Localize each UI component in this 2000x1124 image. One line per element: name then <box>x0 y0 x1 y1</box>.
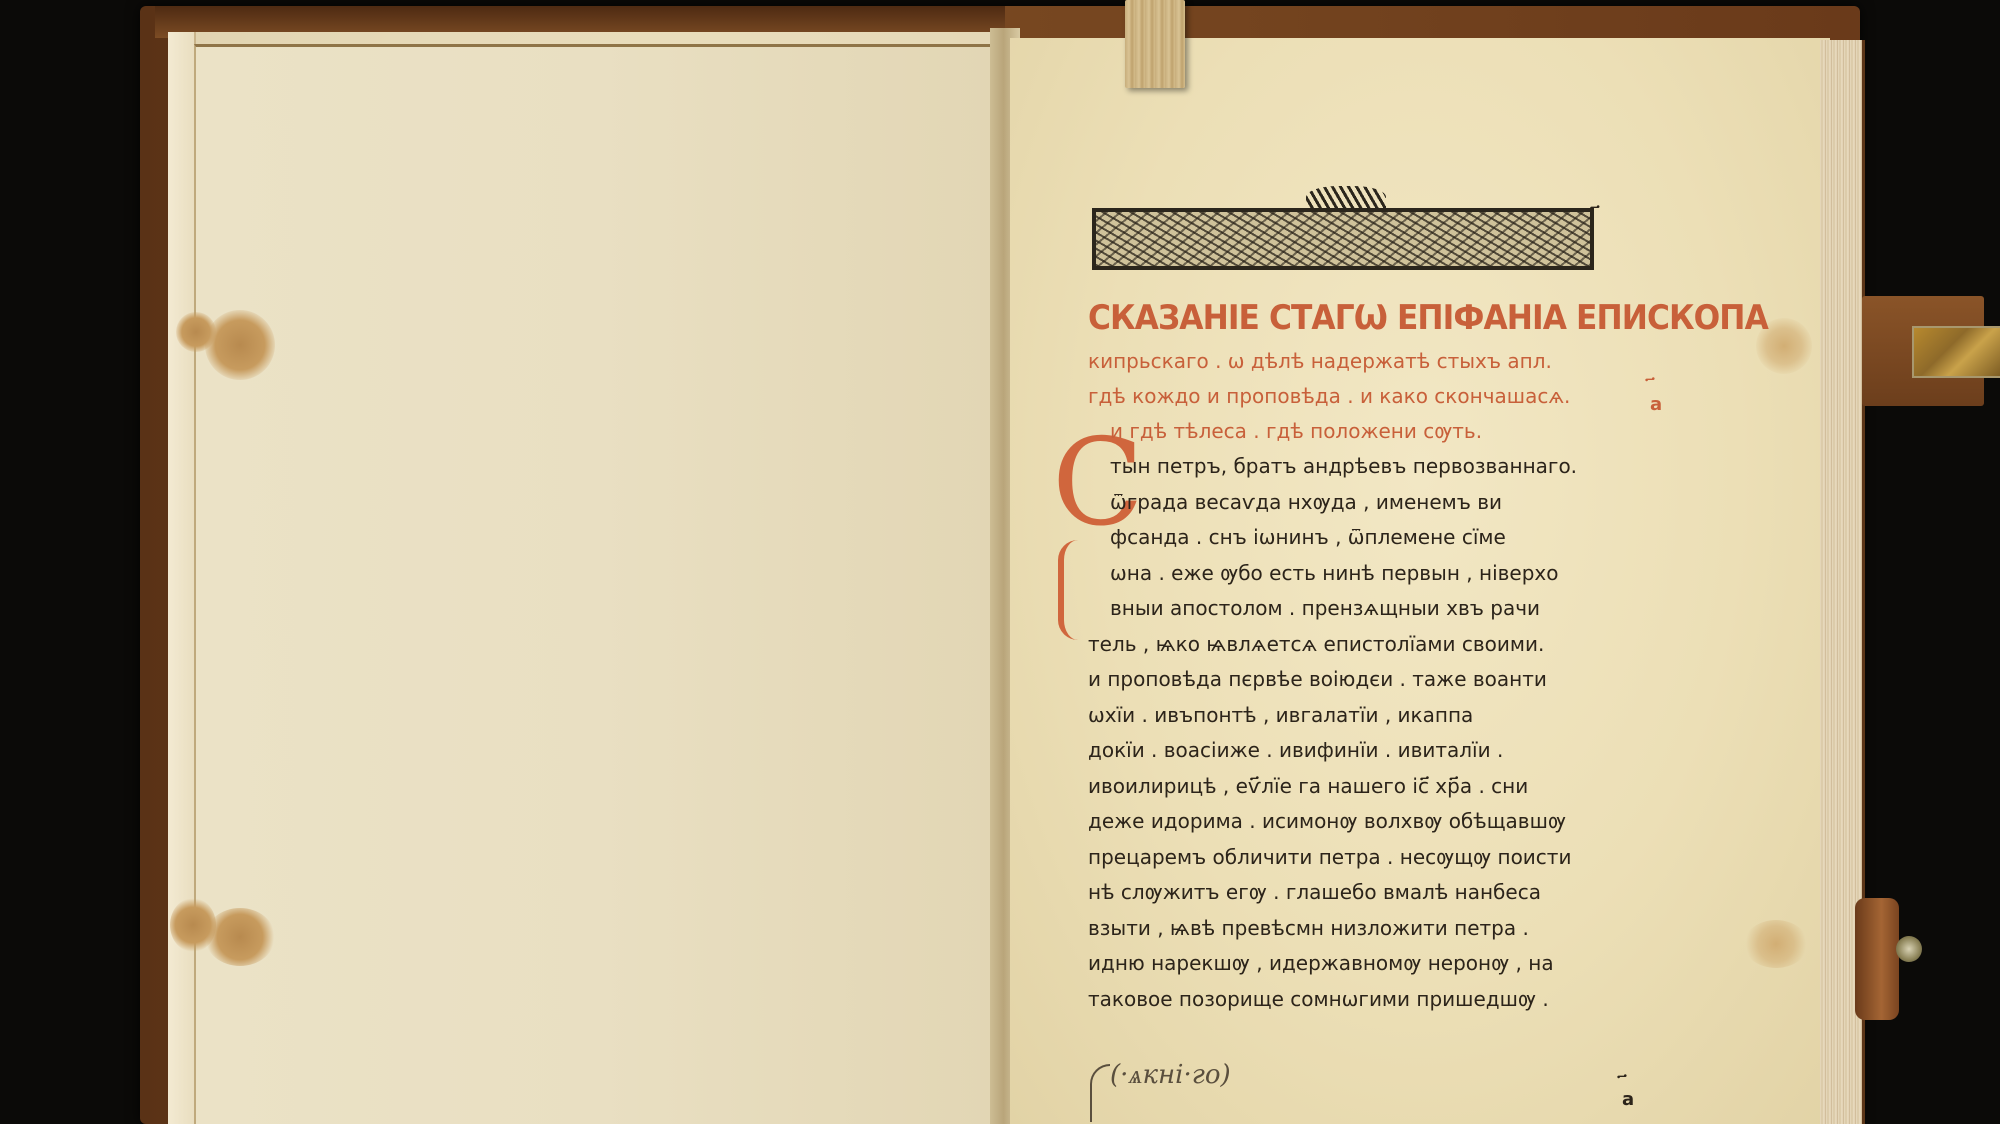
rubric-line: кипрьскаго . ѡ дѣлѣ надержатѣ стыхъ апл. <box>1088 344 1598 379</box>
body-line: тель , ѩко ѩвлѧетсѧ епистолїами своими. <box>1088 627 1598 663</box>
stain-lower-left-edge <box>170 898 216 952</box>
folio-letter: а <box>1622 1092 1634 1108</box>
left-page-turn-in <box>168 32 196 1124</box>
text-block: СКАЗАНІЕ СТАГѠ ЕПІФАНІА ЕПИСКОПА кипрьск… <box>1088 296 1598 1017</box>
stain-upper-left <box>205 310 275 380</box>
body-line: ѿграда весаѵда нхѹда , именемъ ви <box>1088 485 1598 521</box>
rubric-line: и гдѣ тѣлеса . гдѣ положени сѹть. <box>1088 414 1598 449</box>
body-line: прецаремъ обличити петра . несѹщѹ поисти <box>1088 840 1598 876</box>
folio-number: ҃ а <box>1622 1076 1634 1108</box>
woodcut-headpiece <box>1092 208 1594 270</box>
rubric-line: гдѣ кождо и проповѣда . и како скончашас… <box>1088 379 1598 414</box>
clasp-pin-icon <box>1896 936 1922 962</box>
body-line: тын петръ, братъ андрѣевъ первозваннаго. <box>1088 449 1598 485</box>
body-line: ѡна . еже ѹбо есть нинѣ первын , ніверхо <box>1088 556 1598 592</box>
body-line: ѡхїи . ивъпонтѣ , ивгалатїи , икаппа <box>1088 698 1598 734</box>
left-flyleaf <box>194 44 1002 1124</box>
body-line: деже идорима . исимонѹ волхвѹ обѣщавшѹ <box>1088 804 1598 840</box>
clasp-top-brass-fitting <box>1912 326 2000 378</box>
handwritten-note: (·ѧкні·го) <box>1088 1060 1231 1090</box>
clasp-bottom-strap <box>1855 898 1899 1020</box>
stain-upper-left-edge <box>176 312 216 352</box>
marginal-note-red: ҃ а <box>1650 378 1662 414</box>
stain-lower-left <box>205 908 275 966</box>
wooden-bookmark <box>1125 0 1185 88</box>
body-line: докїи . воасіиже . ивифинїи . ивиталїи . <box>1088 733 1598 769</box>
body-line: и проповѣда пєрвѣе воіюдєи . таже воанти <box>1088 662 1598 698</box>
title-heading: СКАЗАНІЕ СТАГѠ ЕПІФАНІА ЕПИСКОПА <box>1088 296 1557 344</box>
body-line: нѣ слѹжитъ егѹ . глашебо вмалѣ нанбеса <box>1088 875 1598 911</box>
body-line: идню нарекшѹ , идержавномѹ неронѹ , на <box>1088 946 1598 982</box>
body-line: фсанда . снъ іѡнинъ , ѿплемене сїме <box>1088 520 1598 556</box>
body-line: вныи апостолом . прензѧщныи хвъ рачи <box>1088 591 1598 627</box>
stain-lower-right <box>1744 920 1808 968</box>
body-line: ивоилирицѣ , еѵ҃лїе га нашего іс҃ хр҃а .… <box>1088 769 1598 805</box>
body-line: таковое позорище сомнѡгими пришедшѹ . <box>1088 982 1598 1018</box>
marginal-note-letter: а <box>1650 396 1662 414</box>
body-line: взыти , ѩвѣ превѣсмн низложити петра . <box>1088 911 1598 947</box>
